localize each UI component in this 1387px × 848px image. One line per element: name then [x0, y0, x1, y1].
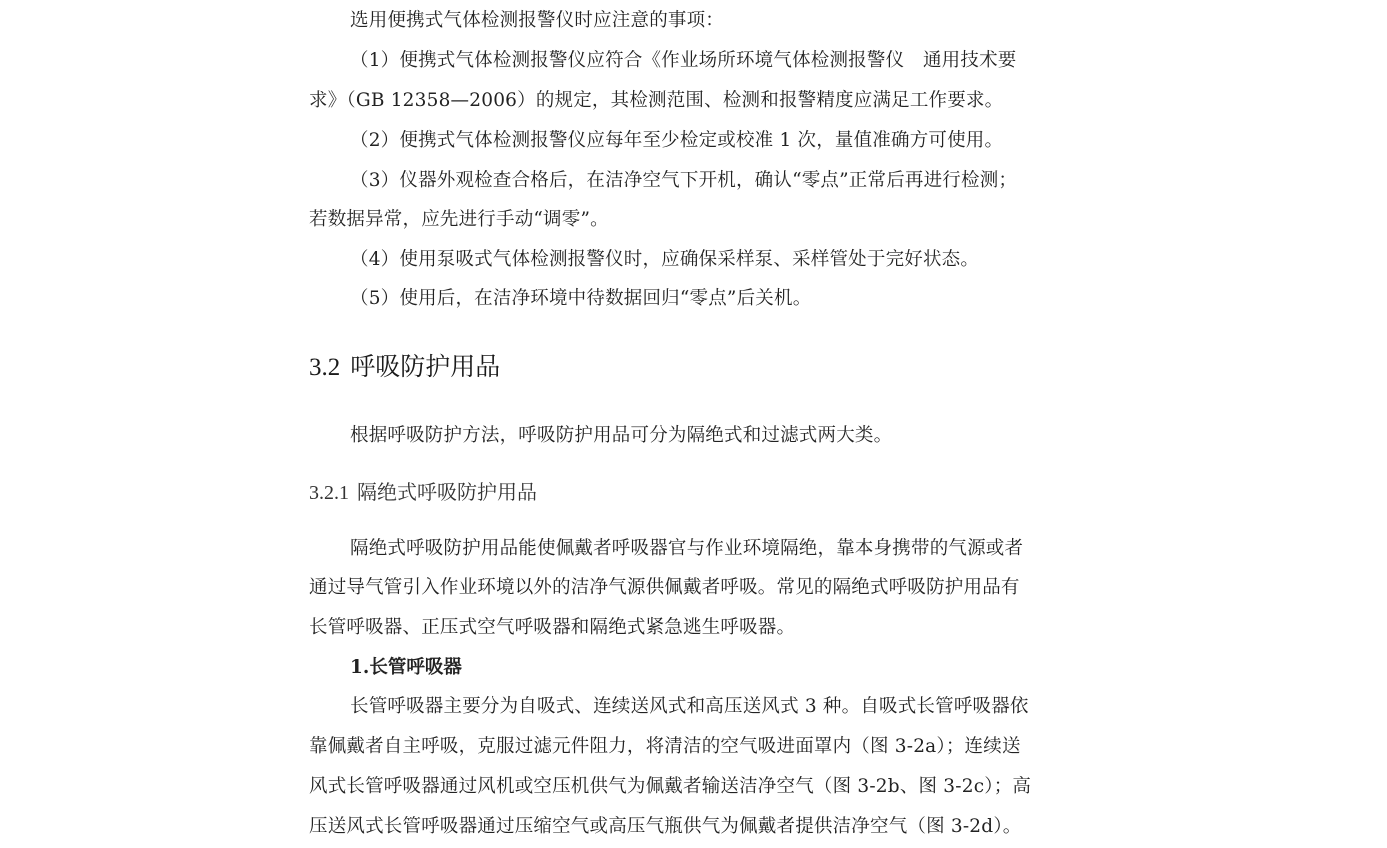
- long-tube-respirator-heading: 1.长管呼吸器: [350, 656, 462, 680]
- long-tube-paragraph-line-2: 靠佩戴者自主呼吸，克服过滤元件阻力，将清洁的空气吸进面罩内（图 3-2a）；连续…: [309, 735, 1021, 759]
- section-number: 3.2: [309, 354, 340, 381]
- section-title: 呼吸防护用品: [350, 352, 500, 381]
- subsection-title: 隔绝式呼吸防护用品: [357, 480, 537, 504]
- long-tube-paragraph-line-1: 长管呼吸器主要分为自吸式、连续送风式和高压送风式 3 种。自吸式长管呼吸器依: [350, 695, 1029, 719]
- item-3-line-1: （3）仪器外观检查合格后，在洁净空气下开机，确认“零点”正常后再进行检测；: [350, 169, 1017, 193]
- item-5-line-1: （5）使用后，在洁净环境中待数据回归“零点”后关机。: [350, 287, 811, 311]
- long-tube-paragraph-line-4: 压送风式长管呼吸器通过压缩空气或高压气瓶供气为佩戴者提供洁净空气（图 3-2d）…: [309, 815, 1021, 839]
- subsection-number: 3.2.1: [309, 482, 349, 504]
- section-3-2-paragraph: 根据呼吸防护方法，呼吸防护用品可分为隔绝式和过滤式两大类。: [350, 424, 892, 448]
- long-tube-paragraph-line-3: 风式长管呼吸器通过风机或空压机供气为佩戴者输送洁净空气（图 3-2b、图 3-2…: [309, 775, 1031, 799]
- item-2-line-1: （2）便携式气体检测报警仪应每年至少检定或校准 1 次，量值准确方可使用。: [350, 129, 1003, 153]
- intro-line: 选用便携式气体检测报警仪时应注意的事项：: [350, 9, 724, 33]
- item-1-line-1: （1）便携式气体检测报警仪应符合《作业场所环境气体检测报警仪 通用技术要: [350, 49, 1016, 73]
- isolation-paragraph-line-3: 长管呼吸器、正压式空气呼吸器和隔绝式紧急逃生呼吸器。: [309, 616, 795, 640]
- item-3-line-2: 若数据异常，应先进行手动“调零”。: [309, 208, 609, 232]
- isolation-paragraph-line-2: 通过导气管引入作业环境以外的洁净气源供佩戴者呼吸。常见的隔绝式呼吸防护用品有: [309, 576, 1020, 600]
- item-4-line-1: （4）使用泵吸式气体检测报警仪时，应确保采样泵、采样管处于完好状态。: [350, 248, 979, 272]
- isolation-paragraph-line-1: 隔绝式呼吸防护用品能使佩戴者呼吸器官与作业环境隔绝，靠本身携带的气源或者: [350, 537, 1023, 561]
- item-1-line-2: 求》（GB 12358—2006）的规定，其检测范围、检测和报警精度应满足工作要…: [309, 89, 1003, 113]
- section-3-2-heading: 3.2呼吸防护用品: [309, 351, 500, 384]
- section-3-2-1-heading: 3.2.1隔绝式呼吸防护用品: [309, 479, 537, 506]
